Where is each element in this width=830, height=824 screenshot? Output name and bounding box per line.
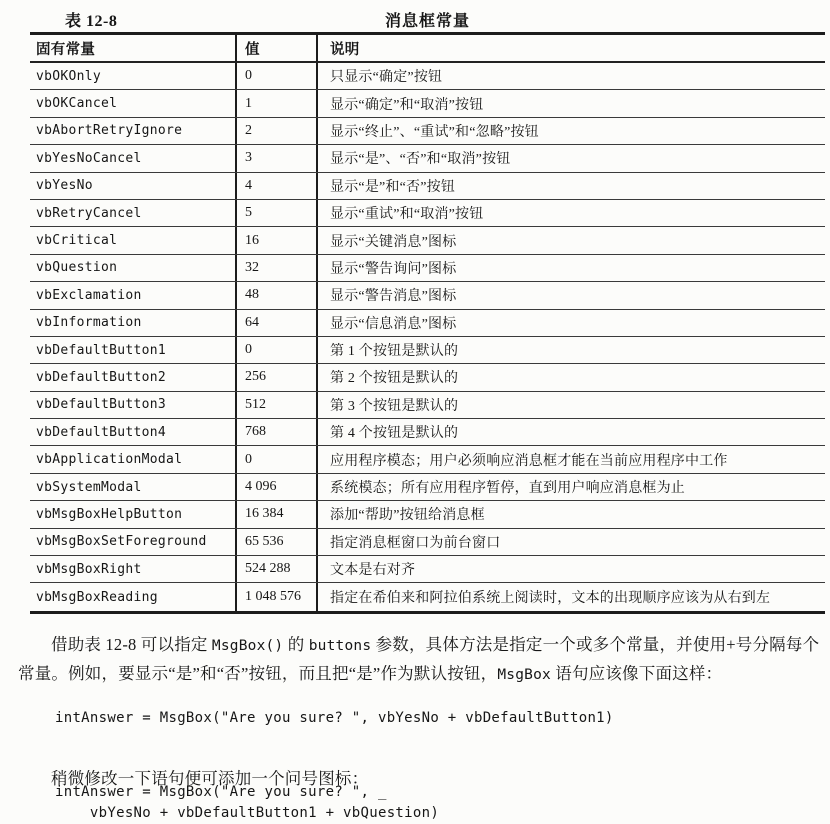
table-row: vbOKOnly0只显示“确定”按钮 [30, 63, 825, 90]
table-row: vbInformation64显示“信息消息”图标 [30, 310, 825, 337]
inline-code: MsgBox() [212, 638, 283, 654]
description-cell: 显示“重试”和“取消”按钮 [318, 200, 825, 226]
constant-cell: vbYesNoCancel [30, 145, 237, 171]
table-row: vbRetryCancel5显示“重试”和“取消”按钮 [30, 200, 825, 227]
description-cell: 显示“终止”、“重试”和“忽略”按钮 [318, 118, 825, 144]
table-row: vbMsgBoxSetForeground65 536指定消息框窗口为前台窗口 [30, 529, 825, 556]
table-row: vbDefaultButton2256第 2 个按钮是默认的 [30, 364, 825, 391]
value-cell: 4 096 [237, 474, 318, 500]
constant-cell: vbQuestion [30, 255, 237, 281]
description-cell: 指定在希伯来和阿拉伯系统上阅读时，文本的出现顺序应该为从右到左 [318, 583, 825, 610]
value-cell: 4 [237, 173, 318, 199]
table-header-row: 固有常量 值 说明 [30, 35, 825, 63]
table-row: vbCritical16显示“关键消息”图标 [30, 227, 825, 254]
inline-code: MsgBox [497, 667, 551, 683]
constant-cell: vbAbortRetryIgnore [30, 118, 237, 144]
constant-cell: vbMsgBoxReading [30, 583, 237, 610]
description-cell: 添加“帮助”按钮给消息框 [318, 501, 825, 527]
table-row: vbDefaultButton10第 1 个按钮是默认的 [30, 337, 825, 364]
constant-cell: vbDefaultButton1 [30, 337, 237, 363]
value-cell: 64 [237, 310, 318, 336]
description-cell: 显示“确定”和“取消”按钮 [318, 90, 825, 116]
table-row: vbMsgBoxHelpButton16 384添加“帮助”按钮给消息框 [30, 501, 825, 528]
constant-cell: vbRetryCancel [30, 200, 237, 226]
description-cell: 显示“关键消息”图标 [318, 227, 825, 253]
description-cell: 只显示“确定”按钮 [318, 63, 825, 89]
constant-cell: vbInformation [30, 310, 237, 336]
description-cell: 文本是右对齐 [318, 556, 825, 582]
description-cell: 第 3 个按钮是默认的 [318, 392, 825, 418]
table-row: vbOKCancel1显示“确定”和“取消”按钮 [30, 90, 825, 117]
description-cell: 第 1 个按钮是默认的 [318, 337, 825, 363]
constant-cell: vbDefaultButton4 [30, 419, 237, 445]
constants-table: 固有常量 值 说明 vbOKOnly0只显示“确定”按钮vbOKCancel1显… [30, 32, 825, 614]
inline-text: 语句应该像下面这样： [551, 664, 722, 683]
value-cell: 16 [237, 227, 318, 253]
value-cell: 5 [237, 200, 318, 226]
value-cell: 1 [237, 90, 318, 116]
value-cell: 512 [237, 392, 318, 418]
column-header-description: 说明 [318, 35, 825, 61]
value-cell: 32 [237, 255, 318, 281]
constant-cell: vbDefaultButton3 [30, 392, 237, 418]
constant-cell: vbExclamation [30, 282, 237, 308]
value-cell: 2 [237, 118, 318, 144]
value-cell: 3 [237, 145, 318, 171]
code-line: intAnswer = MsgBox("Are you sure? ", vbY… [55, 708, 614, 729]
description-cell: 应用程序模态；用户必须响应消息框才能在当前应用程序中工作 [318, 446, 825, 472]
constant-cell: vbMsgBoxSetForeground [30, 529, 237, 555]
value-cell: 768 [237, 419, 318, 445]
table-row: vbQuestion32显示“警告询问”图标 [30, 255, 825, 282]
constant-cell: vbCritical [30, 227, 237, 253]
table-row: vbMsgBoxRight524 288文本是右对齐 [30, 556, 825, 583]
value-cell: 1 048 576 [237, 583, 318, 610]
code-line: vbYesNo + vbDefaultButton1 + vbQuestion) [55, 803, 439, 824]
constant-cell: vbOKOnly [30, 63, 237, 89]
code-line: intAnswer = MsgBox("Are you sure? ", _ [55, 782, 439, 803]
constant-cell: vbMsgBoxHelpButton [30, 501, 237, 527]
description-cell: 系统模态；所有应用程序暂停，直到用户响应消息框为止 [318, 474, 825, 500]
column-header-value: 值 [237, 35, 318, 61]
table-row: vbMsgBoxReading1 048 576指定在希伯来和阿拉伯系统上阅读时… [30, 583, 825, 610]
value-cell: 65 536 [237, 529, 318, 555]
inline-text: 借助表 12-8 可以指定 [51, 635, 212, 654]
constant-cell: vbSystemModal [30, 474, 237, 500]
value-cell: 16 384 [237, 501, 318, 527]
inline-code: buttons [309, 638, 372, 654]
value-cell: 0 [237, 63, 318, 89]
constant-cell: vbDefaultButton2 [30, 364, 237, 390]
value-cell: 256 [237, 364, 318, 390]
description-cell: 指定消息框窗口为前台窗口 [318, 529, 825, 555]
table-row: vbDefaultButton4768第 4 个按钮是默认的 [30, 419, 825, 446]
value-cell: 524 288 [237, 556, 318, 582]
book-page: 表 12-8 消息框常量 固有常量 值 说明 vbOKOnly0只显示“确定”按… [0, 0, 830, 824]
description-cell: 第 2 个按钮是默认的 [318, 364, 825, 390]
description-cell: 第 4 个按钮是默认的 [318, 419, 825, 445]
table-row: vbDefaultButton3512第 3 个按钮是默认的 [30, 392, 825, 419]
code-block-2: intAnswer = MsgBox("Are you sure? ", _ v… [55, 782, 439, 824]
description-cell: 显示“是”、“否”和“取消”按钮 [318, 145, 825, 171]
table-row: vbSystemModal4 096系统模态；所有应用程序暂停，直到用户响应消息… [30, 474, 825, 501]
constant-cell: vbApplicationModal [30, 446, 237, 472]
table-row: vbYesNo4显示“是”和“否”按钮 [30, 173, 825, 200]
column-header-constant: 固有常量 [30, 35, 237, 61]
table-row: vbYesNoCancel3显示“是”、“否”和“取消”按钮 [30, 145, 825, 172]
description-cell: 显示“是”和“否”按钮 [318, 173, 825, 199]
value-cell: 0 [237, 446, 318, 472]
constant-cell: vbYesNo [30, 173, 237, 199]
description-cell: 显示“信息消息”图标 [318, 310, 825, 336]
paragraph-intro: 借助表 12-8 可以指定 MsgBox() 的 buttons 参数，具体方法… [18, 631, 824, 689]
inline-text: 的 [283, 635, 308, 654]
table-row: vbExclamation48显示“警告消息”图标 [30, 282, 825, 309]
table-caption: 表 12-8 消息框常量 [30, 8, 825, 32]
constant-cell: vbOKCancel [30, 90, 237, 116]
table-row: vbApplicationModal0应用程序模态；用户必须响应消息框才能在当前… [30, 446, 825, 473]
value-cell: 0 [237, 337, 318, 363]
table-title: 消息框常量 [30, 8, 825, 31]
code-block-1: intAnswer = MsgBox("Are you sure? ", vbY… [55, 708, 614, 729]
constant-cell: vbMsgBoxRight [30, 556, 237, 582]
description-cell: 显示“警告消息”图标 [318, 282, 825, 308]
table-row: vbAbortRetryIgnore2显示“终止”、“重试”和“忽略”按钮 [30, 118, 825, 145]
description-cell: 显示“警告询问”图标 [318, 255, 825, 281]
value-cell: 48 [237, 282, 318, 308]
